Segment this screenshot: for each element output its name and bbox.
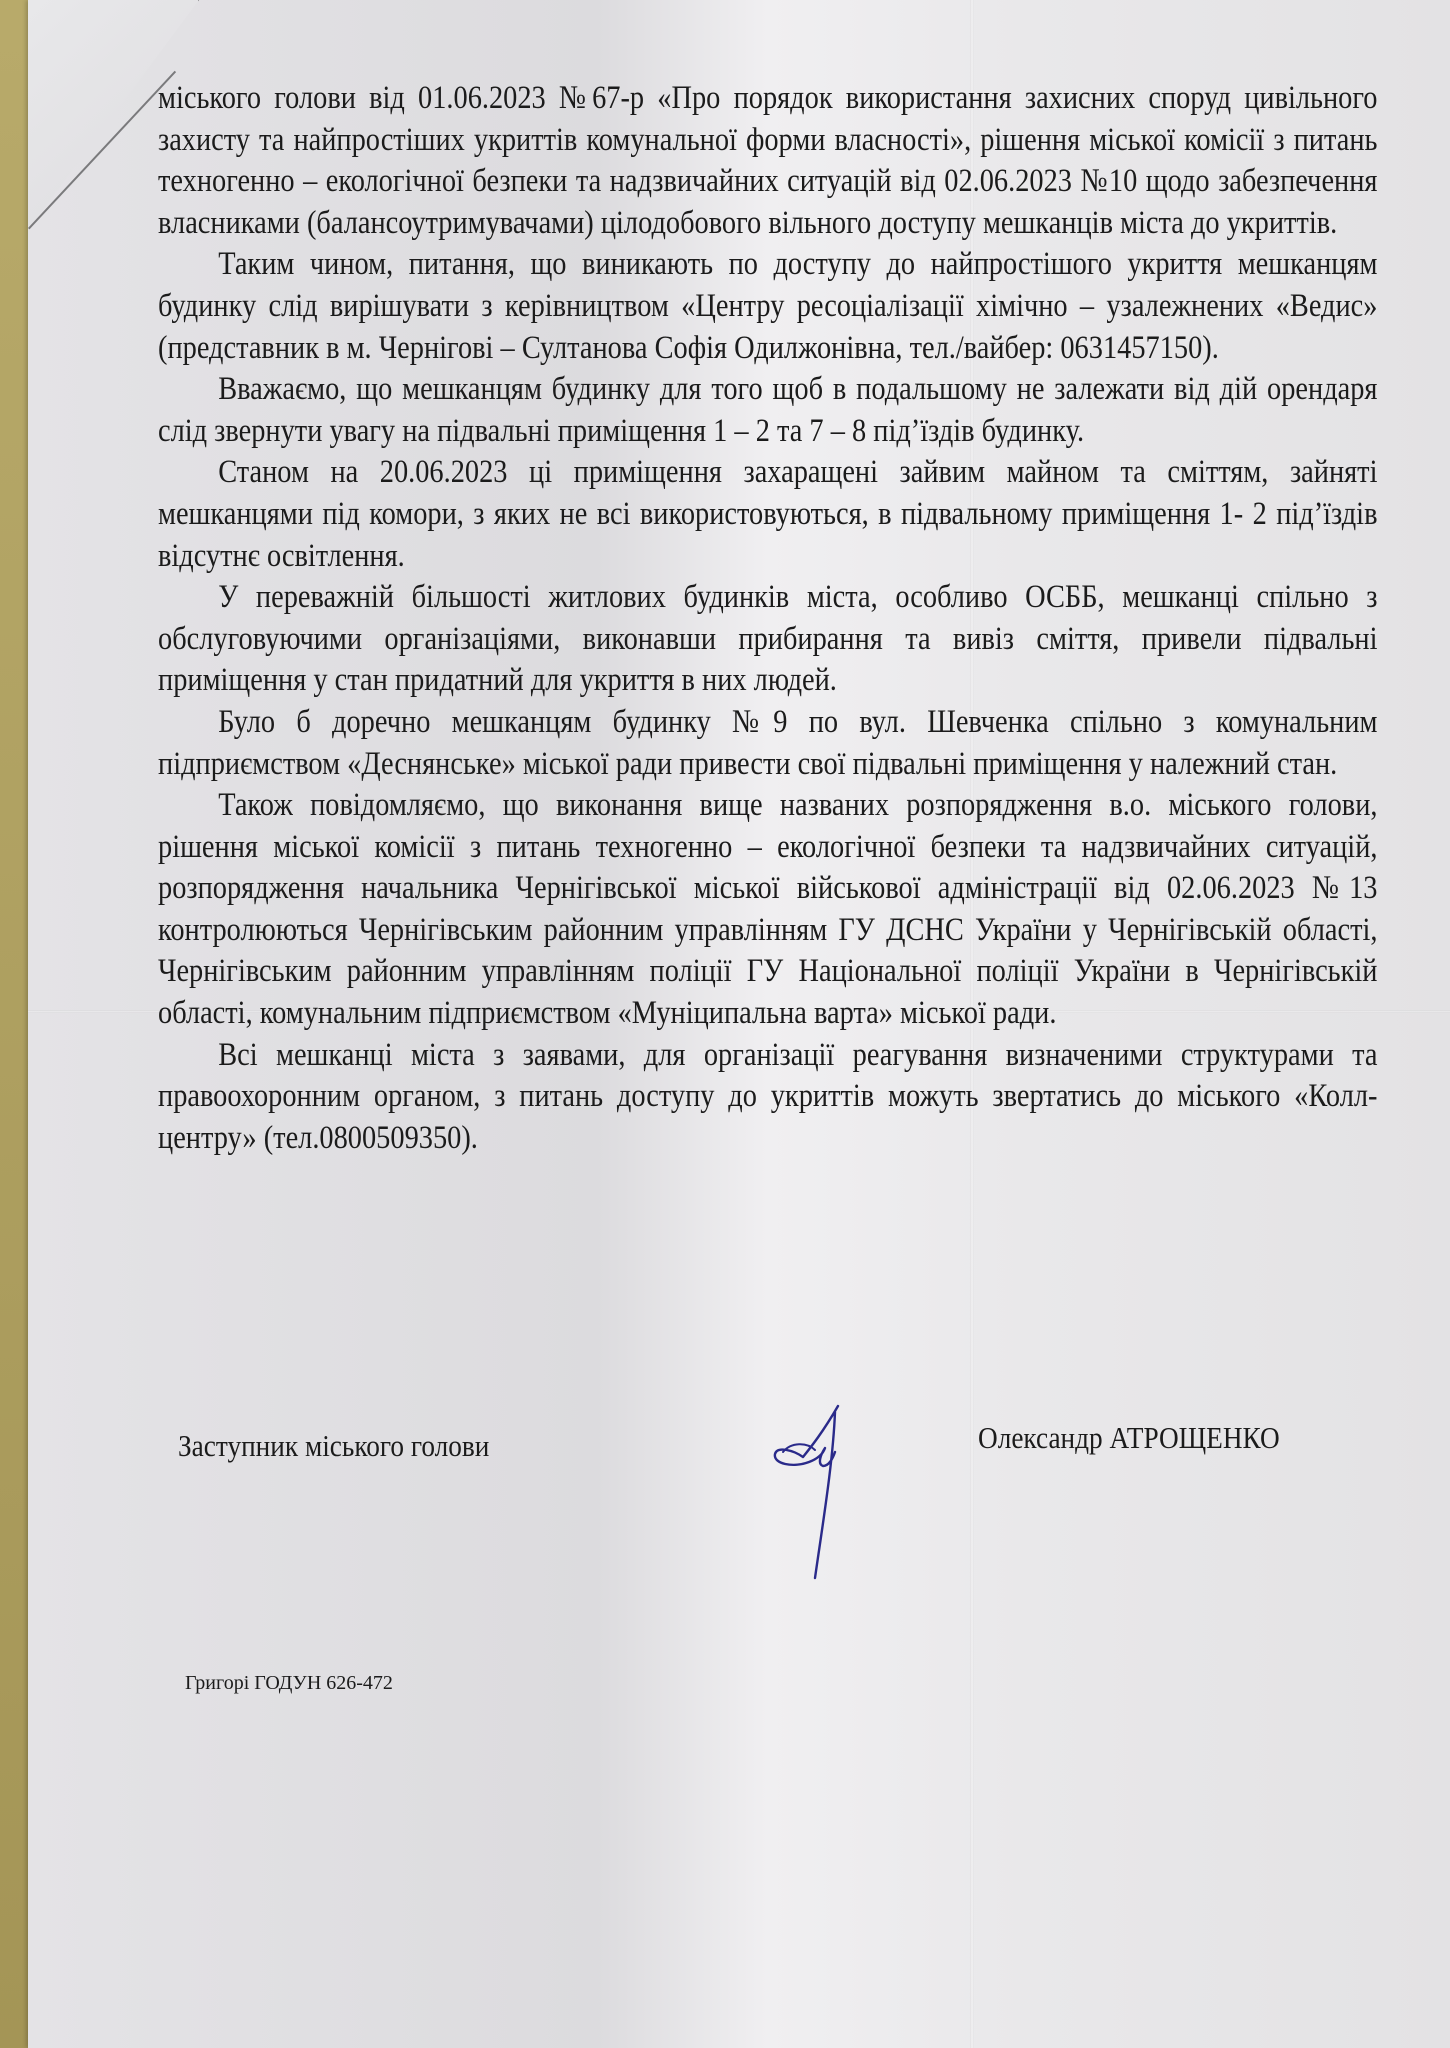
executor-contact: Григорі ГОДУН 626-472 bbox=[185, 1672, 393, 1695]
signature-block: Заступник міського голови Олександр АТРО… bbox=[178, 1428, 1378, 1598]
paragraph-7: Також повідомляємо, що виконання вище на… bbox=[158, 785, 1377, 1035]
signer-name: Олександр АТРОЩЕНКО bbox=[978, 1420, 1280, 1456]
paragraph-3: Вважаємо, що мешканцям будинку для того … bbox=[158, 369, 1377, 452]
paragraph-2: Таким чином, питання, що виникають по до… bbox=[158, 244, 1377, 369]
paragraph-8: Всі мешканці міста з заявами, для органі… bbox=[158, 1035, 1377, 1160]
paragraph-6: Було б доречно мешканцям будинку №9 по в… bbox=[158, 702, 1377, 785]
paragraph-1: міського голови від 01.06.2023 №67-р «Пр… bbox=[158, 78, 1377, 244]
letter-body: міського голови від 01.06.2023 №67-р «Пр… bbox=[158, 78, 1377, 1159]
handwritten-signature-icon bbox=[763, 1402, 873, 1582]
signer-position: Заступник міського голови bbox=[178, 1428, 489, 1464]
paragraph-4: Станом на 20.06.2023 ці приміщення захар… bbox=[158, 452, 1377, 577]
paragraph-5: У переважній більшості житлових будинків… bbox=[158, 577, 1377, 702]
